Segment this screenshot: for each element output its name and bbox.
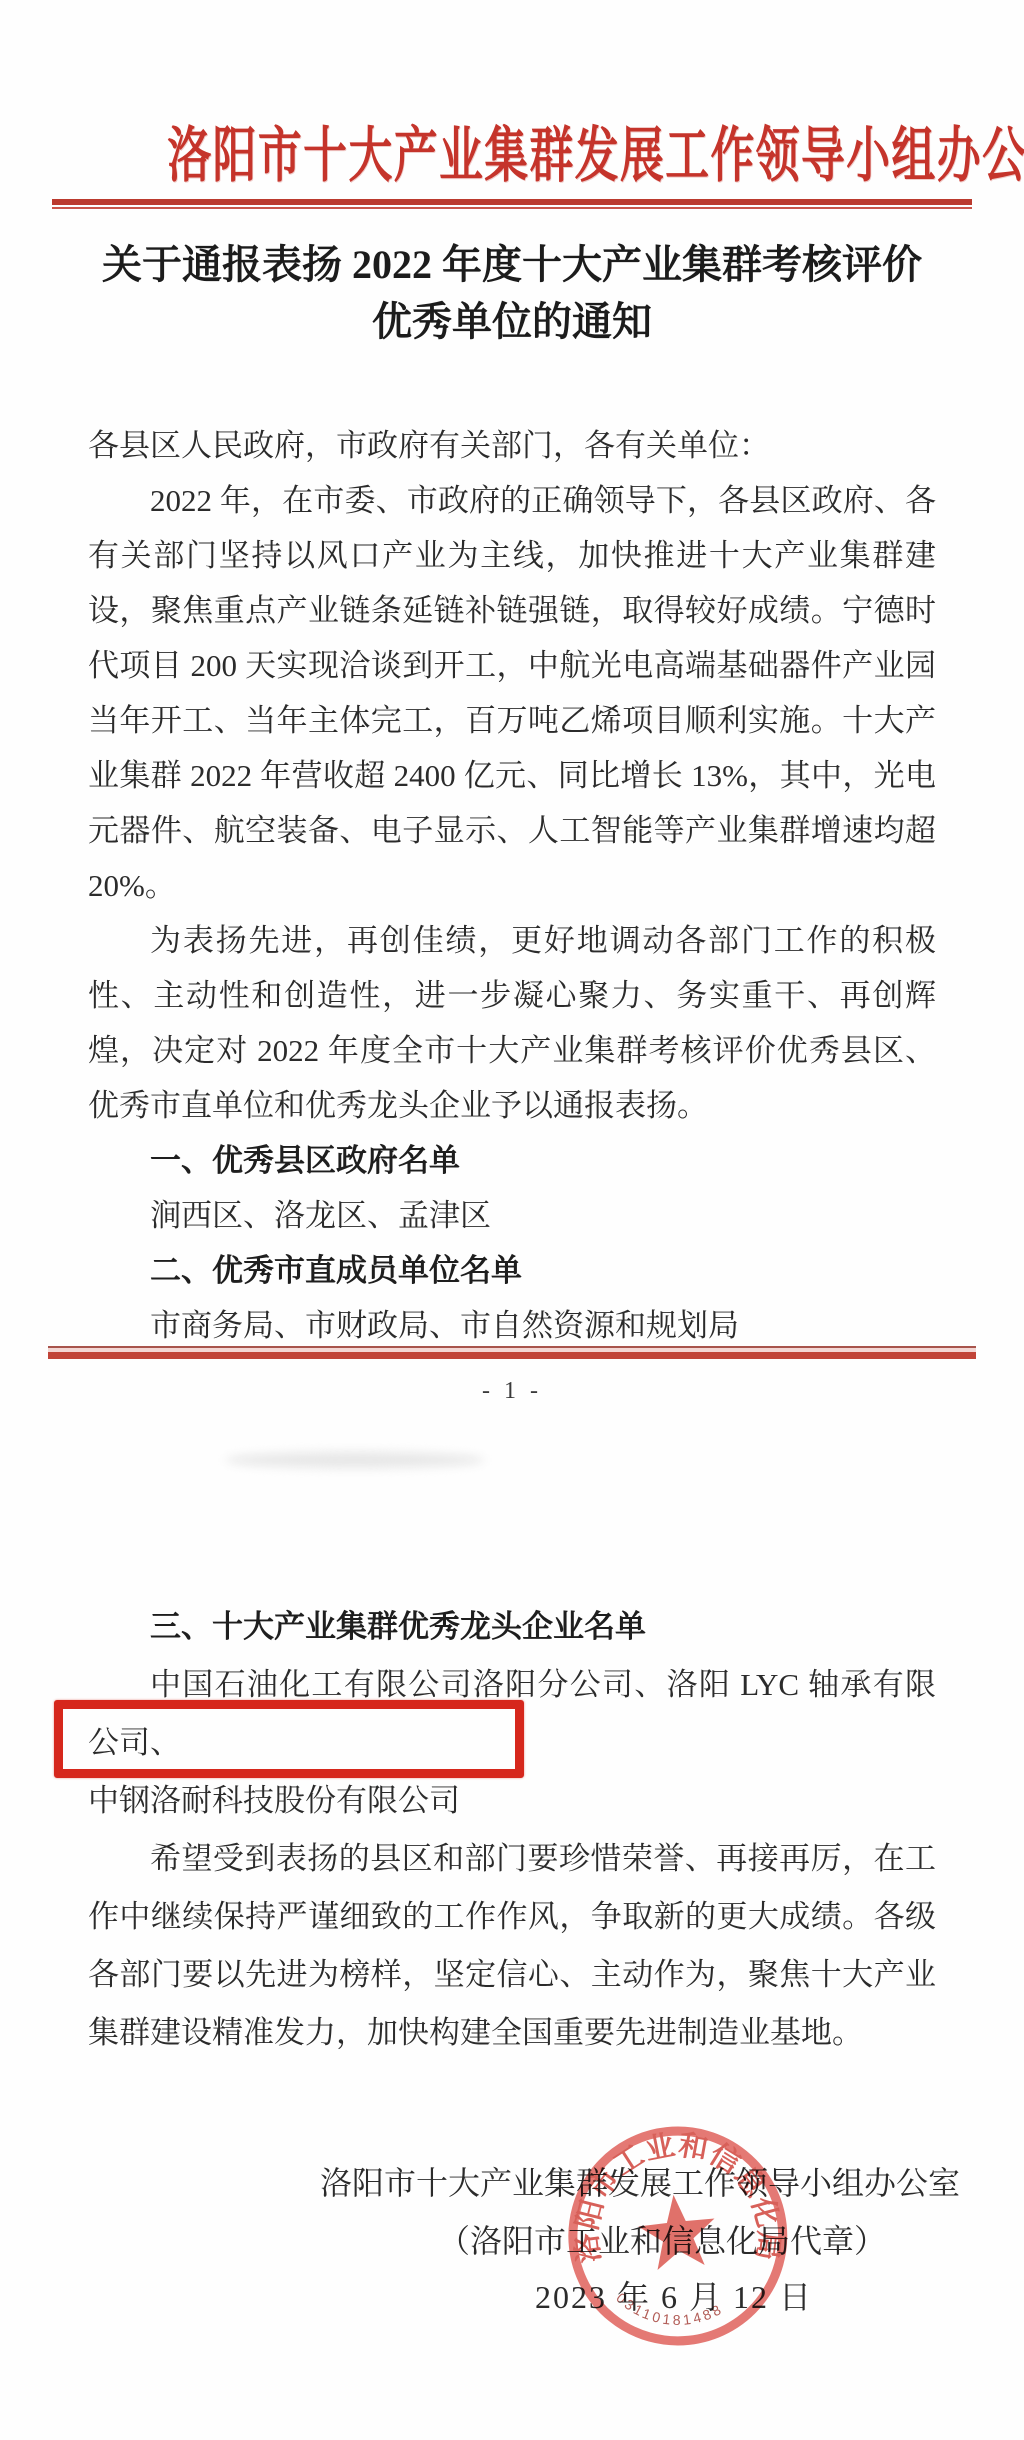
document-scan: 洛阳市十大产业集群发展工作领导小组办公室 关于通报表扬 2022 年度十大产业集… bbox=[0, 0, 1024, 2440]
letterhead-org-text: 洛阳市十大产业集群发展工作领导小组办公室 bbox=[167, 108, 1024, 194]
salutation: 各县区人民政府，市政府有关部门，各有关单位： bbox=[88, 418, 936, 473]
page1-footer-rule bbox=[48, 1346, 976, 1359]
letterhead-rule-thick bbox=[52, 199, 972, 205]
section2-heading: 二、优秀市直成员单位名单 bbox=[88, 1243, 936, 1298]
official-stamp: 洛阳市工业和信息化局 03110181488 bbox=[550, 2110, 807, 2365]
page-number: - 1 - bbox=[0, 1378, 1024, 1405]
company-highlighted: 中钢洛耐科技股份有限公司 bbox=[88, 1783, 460, 1818]
paragraph-2: 为表扬先进，再创佳绩，更好地调动各部门工作的积极性、主动性和创造性，进一步凝心聚… bbox=[88, 913, 936, 1133]
highlight-box bbox=[54, 1700, 524, 1778]
letterhead-rule-thin bbox=[52, 207, 972, 209]
page2-body: 三、十大产业集群优秀龙头企业名单 中国石油化工有限公司洛阳分公司、洛阳 LYC … bbox=[88, 1598, 936, 2062]
scan-smudge bbox=[225, 1452, 485, 1468]
section1-list: 涧西区、洛龙区、孟津区 bbox=[88, 1188, 936, 1243]
page1-body: 各县区人民政府，市政府有关部门，各有关单位： 2022 年，在市委、市政府的正确… bbox=[88, 418, 936, 1353]
footer-rule-thick bbox=[48, 1352, 976, 1359]
letterhead-rule bbox=[52, 199, 972, 209]
section1-heading: 一、优秀县区政府名单 bbox=[88, 1133, 936, 1188]
paragraph-1: 2022 年，在市委、市政府的正确领导下，各县区政府、各有关部门坚持以风口产业为… bbox=[88, 473, 936, 913]
title-line1: 关于通报表扬 2022 年度十大产业集群考核评价 bbox=[64, 236, 960, 293]
title-line2: 优秀单位的通知 bbox=[64, 293, 960, 350]
section3-heading: 三、十大产业集群优秀龙头企业名单 bbox=[88, 1598, 936, 1656]
letterhead-org: 洛阳市十大产业集群发展工作领导小组办公室 bbox=[0, 108, 1024, 194]
document-title: 关于通报表扬 2022 年度十大产业集群考核评价 优秀单位的通知 bbox=[64, 236, 960, 350]
section2-list: 市商务局、市财政局、市自然资源和规划局 bbox=[88, 1298, 936, 1353]
stamp-star-icon bbox=[635, 2191, 719, 2272]
paragraph-3: 希望受到表扬的县区和部门要珍惜荣誉、再接再厉，在工作中继续保持严谨细致的工作作风… bbox=[88, 1830, 936, 2062]
